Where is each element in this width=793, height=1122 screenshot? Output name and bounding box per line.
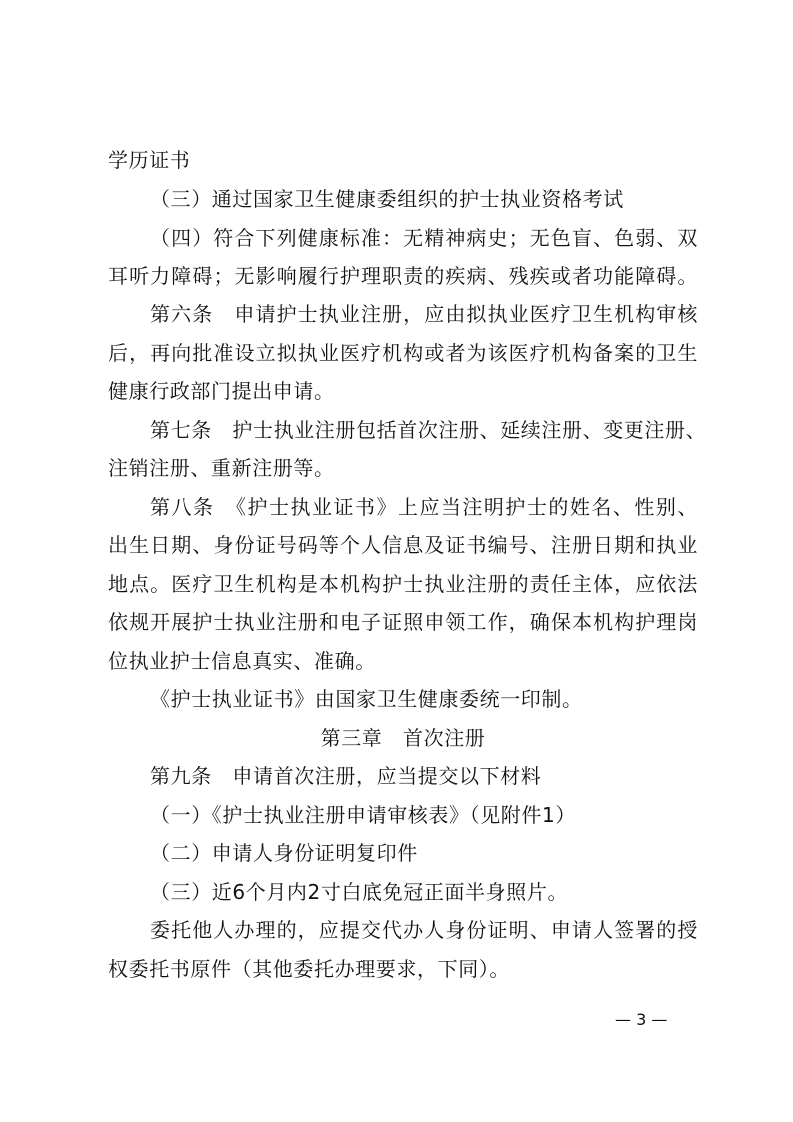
- text-line-continuation: 学历证书: [108, 145, 698, 175]
- text-line: 位执业护士信息真实、准确。: [108, 646, 698, 676]
- text-line: 依规开展护士执业注册和电子证照申领工作，确保本机构护理岗: [108, 607, 698, 637]
- list-item-1: （一）《护士执业注册申请审核表》（见附件1）: [150, 800, 698, 830]
- text-line-item-4: （四）符合下列健康标准：无精神病史；无色盲、色弱、双: [150, 223, 698, 253]
- article-8-line: 第八条 《护士执业证书》上应当注明护士的姓名、性别、: [150, 492, 698, 522]
- text-line: 健康行政部门提出申请。: [108, 376, 698, 406]
- text-line: 地点。医疗卫生机构是本机构护士执业注册的责任主体，应依法: [108, 569, 698, 599]
- article-9-line: 第九条 申请首次注册，应当提交以下材料: [150, 761, 698, 791]
- text-line: 注销注册、重新注册等。: [108, 453, 698, 483]
- text-line: 后，再向批准设立拟执业医疗机构或者为该医疗机构备案的卫生: [108, 338, 698, 368]
- article-7-line: 第七条 护士执业注册包括首次注册、延续注册、变更注册、: [150, 415, 698, 445]
- text-line: 耳听力障碍；无影响履行护理职责的疾病、残疾或者功能障碍。: [108, 261, 698, 291]
- text-line: 委托他人办理的，应提交代办人身份证明、申请人签署的授: [150, 915, 698, 945]
- text-line: 权委托书原件（其他委托办理要求，下同）。: [108, 954, 698, 984]
- document-page: 学历证书 （三）通过国家卫生健康委组织的护士执业资格考试 （四）符合下列健康标准…: [0, 0, 793, 1122]
- text-line: 出生日期、身份证号码等个人信息及证书编号、注册日期和执业: [108, 530, 698, 560]
- text-line-item-3: （三）通过国家卫生健康委组织的护士执业资格考试: [150, 184, 698, 214]
- chapter-heading: 第三章 首次注册: [108, 723, 698, 753]
- page-number: — 3 —: [615, 1008, 667, 1032]
- list-item-3: （三）近6个月内2寸白底免冠正面半身照片。: [150, 877, 698, 907]
- text-line: 《护士执业证书》由国家卫生健康委统一印制。: [150, 684, 698, 714]
- article-6-line: 第六条 申请护士执业注册，应由拟执业医疗卫生机构审核: [150, 299, 698, 329]
- list-item-2: （二）申请人身份证明复印件: [150, 838, 698, 868]
